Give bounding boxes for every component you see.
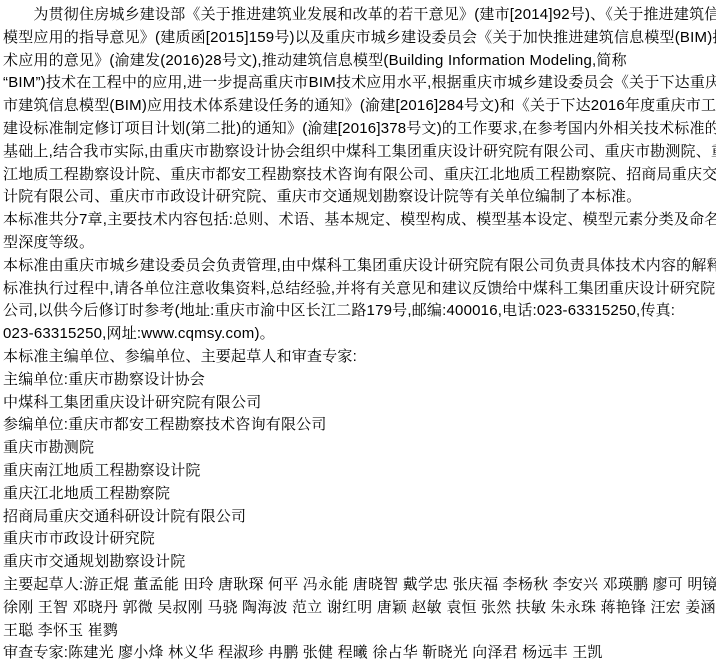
participating-unit-line: 重庆南江地质工程勘察设计院 <box>3 460 716 483</box>
foreword-line: 术应用的意见》(渝建发(2016)28号文),推动建筑信息模型(Building… <box>3 50 716 73</box>
foreword-line: 为贯彻住房城乡建设部《关于推进建筑业发展和改革的若干意见》(建市[2014]92… <box>3 4 716 27</box>
participating-unit-line: 参编单位:重庆市都安工程勘察技术咨询有限公司 <box>3 414 716 437</box>
foreword-line: 建设标准制定修订项目计划(第二批)的通知》(渝建[2016]378号文)的工作要… <box>3 118 716 141</box>
participating-unit-line: 重庆市市政设计研究院 <box>3 528 716 551</box>
contents-summary-line: 型深度等级。 <box>3 232 716 255</box>
foreword-line: 市建筑信息模型(BIM)应用技术体系建设任务的通知》(渝建[2016]284号文… <box>3 95 716 118</box>
units-heading-line: 本标准主编单位、参编单位、主要起草人和审查专家: <box>3 346 716 369</box>
contents-summary-line: 本标准共分7章,主要技术内容包括:总则、术语、基本规定、模型构成、模型基本设定、… <box>3 209 716 232</box>
drafters-line: 王聪 李怀玉 崔鹨 <box>3 620 716 643</box>
participating-unit-line: 招商局重庆交通科研设计院有限公司 <box>3 506 716 529</box>
participating-unit-line: 重庆江北地质工程勘察院 <box>3 483 716 506</box>
review-experts-line: 审查专家:陈建光 廖小烽 林义华 程淑珍 冉鹏 张健 程曦 徐占华 靳晓光 向泽… <box>3 642 716 664</box>
foreword-line: 基础上,结合我市实际,由重庆市勘察设计协会组织中煤科工集团重庆设计研究院有限公司… <box>3 141 716 164</box>
contact-line: 023-63315250,网址:www.cqmsy.com)。 <box>3 323 716 346</box>
foreword-line: “BIM”)技术在工程中的应用,进一步提高重庆市BIM技术应用水平,根据重庆市城… <box>3 72 716 95</box>
drafters-line: 主要起草人:游正焜 董孟能 田玲 唐耿琛 何平 冯永能 唐晓智 戴学忠 张庆福 … <box>3 574 716 597</box>
foreword-line: 计院有限公司、重庆市市政设计研究院、重庆市交通规划勘察设计院等有关单位编制了本标… <box>3 186 716 209</box>
foreword-line: 模型应用的指导意见》(建质函[2015]159号)以及重庆市城乡建设委员会《关于… <box>3 27 716 50</box>
management-line: 标准执行过程中,请各单位注意收集资料,总结经验,并将有关意见和建议反馈给中煤科工… <box>3 278 716 301</box>
chief-editor-unit-line: 中煤科工集团重庆设计研究院有限公司 <box>3 392 716 415</box>
document-page: 为贯彻住房城乡建设部《关于推进建筑业发展和改革的若干意见》(建市[2014]92… <box>0 0 718 664</box>
contact-line: 公司,以供今后修订时参考(地址:重庆市渝中区长江二路179号,邮编:400016… <box>3 300 716 323</box>
management-line: 本标准由重庆市城乡建设委员会负责管理,由中煤科工集团重庆设计研究院有限公司负责具… <box>3 255 716 278</box>
foreword-line: 江地质工程勘察设计院、重庆市都安工程勘察技术咨询有限公司、重庆江北地质工程勘察院… <box>3 164 716 187</box>
drafters-line: 徐刚 王智 邓晓丹 郭微 吴叔刚 马骁 陶海波 范立 谢红明 唐颖 赵敏 袁恒 … <box>3 597 716 620</box>
participating-unit-line: 重庆市交通规划勘察设计院 <box>3 551 716 574</box>
participating-unit-line: 重庆市勘测院 <box>3 437 716 460</box>
chief-editor-unit-line: 主编单位:重庆市勘察设计协会 <box>3 369 716 392</box>
